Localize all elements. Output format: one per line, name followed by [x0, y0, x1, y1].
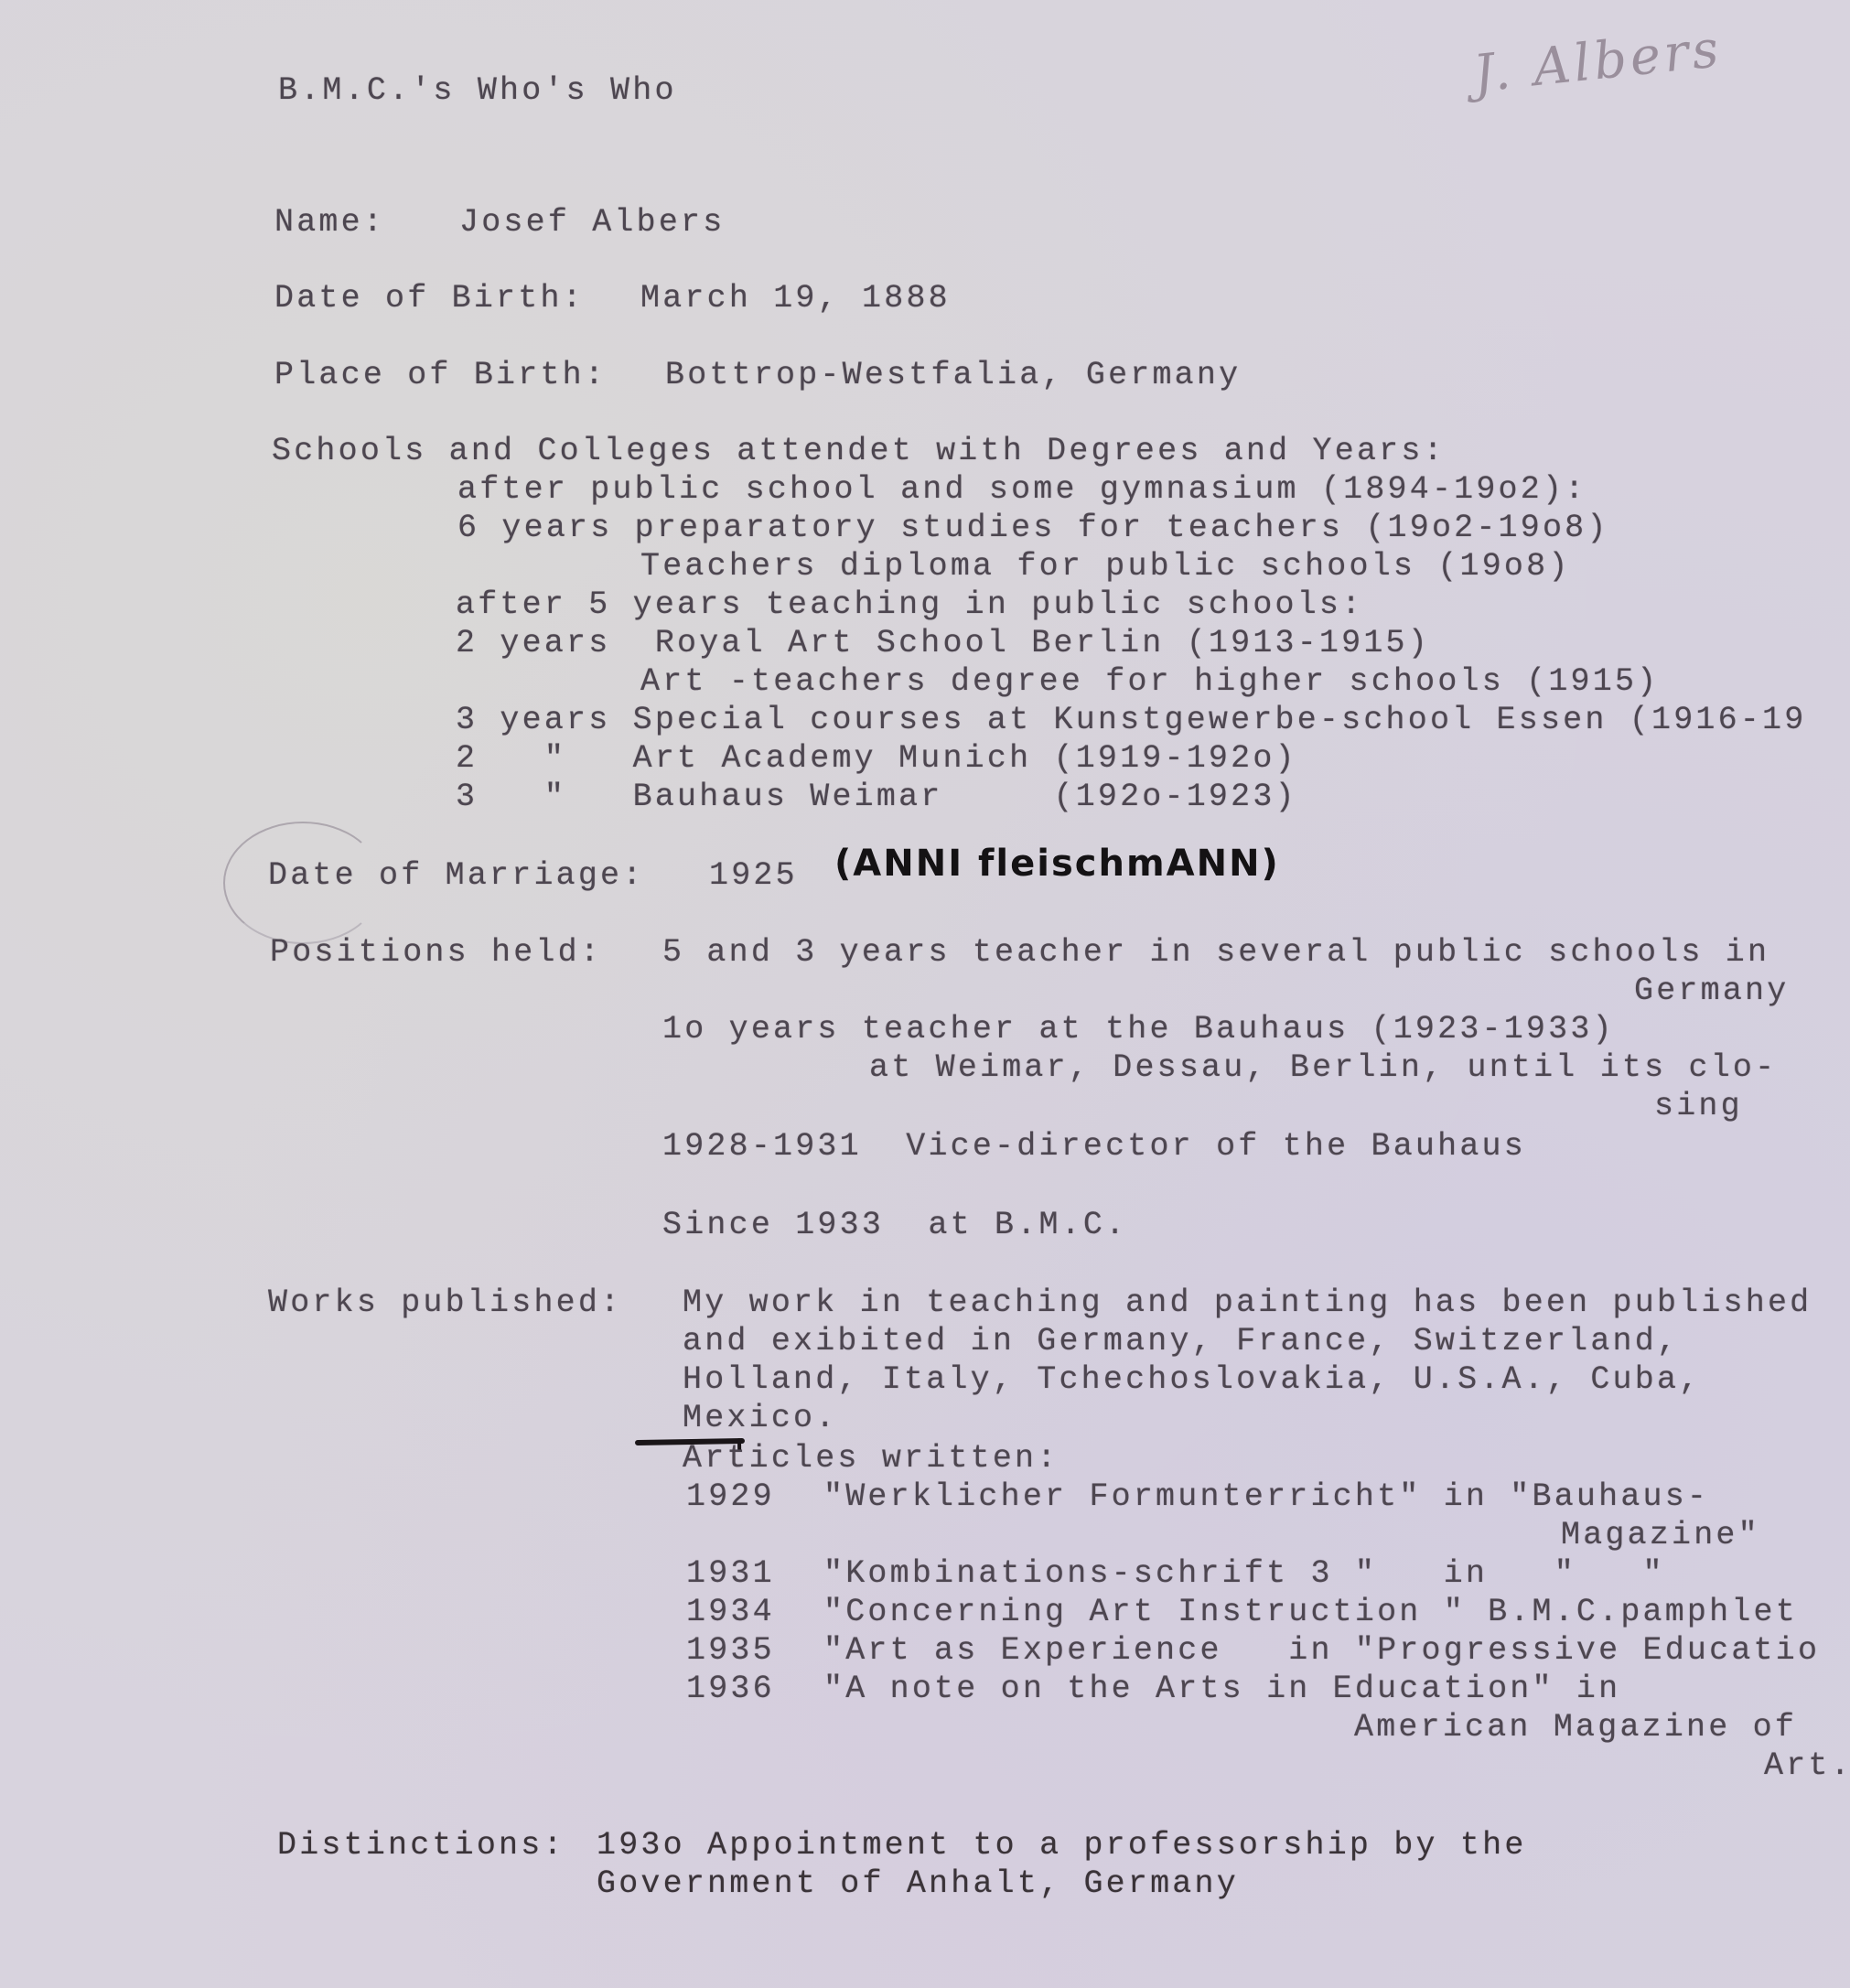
schools-line: Art -teachers degree for higher schools …: [640, 666, 1659, 698]
positions-line: sing: [1654, 1091, 1743, 1123]
birth-date-label: Date of Birth:: [274, 283, 585, 315]
schools-line: after public school and some gymnasium (…: [457, 474, 1586, 506]
schools-line: after 5 years teaching in public schools…: [456, 589, 1363, 621]
works-line: Holland, Italy, Tchechoslovakia, U.S.A.,…: [683, 1364, 1701, 1396]
birth-date-value: March 19, 1888: [640, 283, 951, 315]
article-continuation: American Magazine of: [1354, 1712, 1797, 1744]
typewritten-document-page: B.M.C.'s Who's Who J. Albers Name: Josef…: [0, 0, 1850, 1988]
positions-line: Since 1933 at B.M.C.: [662, 1209, 1127, 1241]
positions-line: Germany: [1634, 975, 1789, 1007]
positions-label: Positions held:: [270, 937, 602, 969]
article-title: "Art as Experience in "Progressive Educa…: [823, 1635, 1820, 1667]
articles-label: Articles written:: [683, 1443, 1059, 1475]
name-value: Josef Albers: [459, 207, 725, 239]
works-line: My work in teaching and painting has bee…: [683, 1287, 1812, 1319]
schools-label: Schools and Colleges attendet with Degre…: [272, 435, 1446, 467]
distinctions-label: Distinctions:: [277, 1830, 565, 1862]
article-title: "A note on the Arts in Education" in: [823, 1673, 1620, 1705]
distinctions-line: 193o Appointment to a professorship by t…: [597, 1830, 1527, 1862]
schools-line: Teachers diploma for public schools (19o…: [640, 551, 1571, 583]
distinctions-line: Government of Anhalt, Germany: [597, 1868, 1239, 1900]
marriage-label: Date of Marriage:: [268, 860, 644, 892]
document-header: B.M.C.'s Who's Who: [278, 75, 677, 107]
article-title: "Kombinations-schrift 3 " in " ": [823, 1558, 1665, 1590]
schools-line: 2 " Art Academy Munich (1919-192o): [456, 743, 1297, 775]
schools-line: 2 years Royal Art School Berlin (1913-19…: [456, 628, 1430, 660]
positions-line: at Weimar, Dessau, Berlin, until its clo…: [869, 1052, 1777, 1084]
birth-place-value: Bottrop-Westfalia, Germany: [665, 360, 1241, 392]
schools-line: 3 years Special courses at Kunstgewerbe-…: [456, 704, 1806, 736]
birth-place-label: Place of Birth:: [274, 360, 607, 392]
article-year: 1935: [686, 1635, 775, 1667]
positions-line: 1928-1931 Vice-director of the Bauhaus: [662, 1131, 1526, 1163]
article-title: "Werklicher Formunterricht" in "Bauhaus-: [823, 1481, 1709, 1513]
marriage-year: 1925: [709, 860, 798, 892]
handwritten-signature: J. Albers: [1471, 24, 1725, 101]
article-continuation: Magazine": [1561, 1520, 1760, 1552]
article-year: 1929: [686, 1481, 775, 1513]
works-label: Works published:: [268, 1287, 622, 1319]
article-title: "Concerning Art Instruction " B.M.C.pamp…: [823, 1596, 1798, 1628]
article-year: 1931: [686, 1558, 775, 1590]
works-line: and exibited in Germany, France, Switzer…: [683, 1326, 1679, 1358]
schools-line: 6 years preparatory studies for teachers…: [457, 512, 1609, 544]
positions-line: 1o years teacher at the Bauhaus (1923-19…: [662, 1014, 1615, 1046]
article-year: 1934: [686, 1596, 775, 1628]
positions-line: 5 and 3 years teacher in several public …: [662, 937, 1769, 969]
schools-line: 3 " Bauhaus Weimar (192o-1923): [456, 781, 1297, 813]
article-year: 1936: [686, 1673, 775, 1705]
name-label: Name:: [274, 207, 385, 239]
works-line: Mexico.: [683, 1402, 837, 1435]
article-continuation: Art.: [1764, 1750, 1850, 1782]
handwritten-spouse-name: (ANNI fleischmANN): [834, 845, 1280, 882]
